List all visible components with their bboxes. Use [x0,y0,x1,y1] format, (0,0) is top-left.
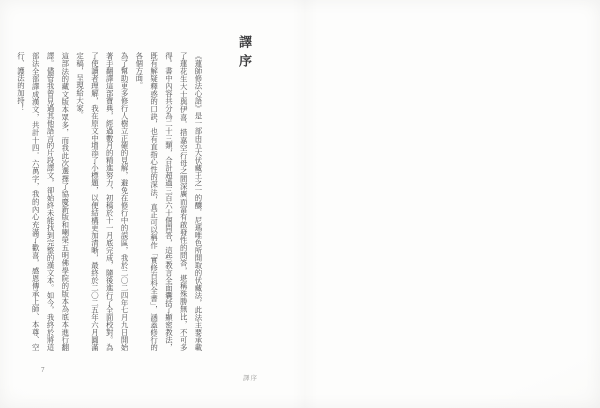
section-title: 譯序 [235,35,254,73]
footer-page-number: 7 [41,366,45,374]
preface-text-block: 《蓮師修法心語》是一部由五大伏藏王之一的釀．尼瑪唯色所開取的伏藏法，此法主要承載… [13,52,205,351]
preface-paragraph: 這部法的藏文版本眾多，而我此次選擇了協慶新版和喇榮五明佛學院的版本為底本進行翻譯… [13,52,72,351]
page-gutter-shading [292,0,318,408]
preface-paragraph: 《蓮師修法心語》是一部由五大伏藏王之一的釀．尼瑪唯色所開取的伏藏法，此法主要承載… [131,52,205,351]
preface-paragraph: 為了幫助更多修行人樹立正確的見解，避免在修行中的誤區，我於二〇二四年七月九日開始… [72,52,131,351]
book-page: 譯序 《蓮師修法心語》是一部由五大伏藏王之一的釀．尼瑪唯色所開取的伏藏法，此法主… [0,0,600,408]
footer-running-title: 譯序 [243,373,258,382]
